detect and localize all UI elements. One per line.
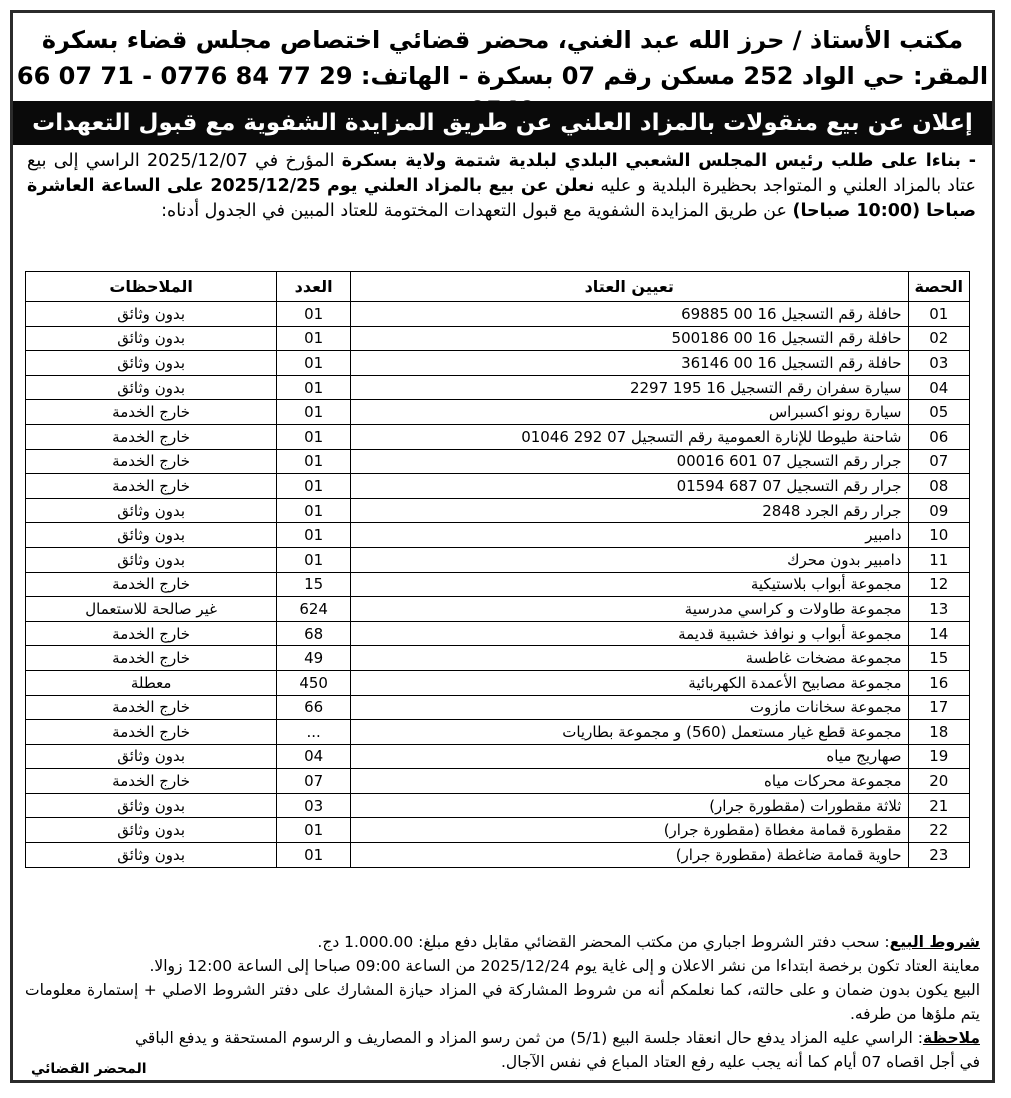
cell-count: 49 <box>277 646 351 671</box>
table-row: 23حاوية قمامة ضاغطة (مقطورة جرار)01بدون … <box>26 843 970 868</box>
table-row: 04سيارة سفران رقم التسجيل 16 195 229701ب… <box>26 375 970 400</box>
table-row: 10دامبير01بدون وثائق <box>26 523 970 548</box>
table-row: 18مجموعة قطع غيار مستعمل (560) و مجموعة … <box>26 720 970 745</box>
cell-notes: خارج الخدمة <box>26 572 277 597</box>
table-row: 09جرار رقم الجرد 284801بدون وثائق <box>26 498 970 523</box>
cell-count: 624 <box>277 597 351 622</box>
cell-description: مجموعة محركات مياه <box>351 769 909 794</box>
table-row: 19صهاريج مياه04بدون وثائق <box>26 744 970 769</box>
intro-request-bold: - بناءا على طلب رئيس المجلس الشعبي البلد… <box>342 151 976 171</box>
cell-lot: 05 <box>908 400 970 425</box>
sale-terms-text: : سحب دفتر الشروط اجباري من مكتب المحضر … <box>317 933 889 951</box>
cell-lot: 18 <box>908 720 970 745</box>
header-lot: الحصة <box>908 272 970 302</box>
cell-lot: 19 <box>908 744 970 769</box>
cell-count: ... <box>277 720 351 745</box>
cell-notes: بدون وثائق <box>26 351 277 376</box>
header-description: تعيين العتاد <box>351 272 909 302</box>
cell-notes: خارج الخدمة <box>26 720 277 745</box>
cell-description: مجموعة مضخات غاطسة <box>351 646 909 671</box>
cell-notes: بدون وثائق <box>26 843 277 868</box>
cell-count: 01 <box>277 326 351 351</box>
cell-lot: 12 <box>908 572 970 597</box>
cell-description: حاوية قمامة ضاغطة (مقطورة جرار) <box>351 843 909 868</box>
cell-count: 15 <box>277 572 351 597</box>
cell-count: 07 <box>277 769 351 794</box>
table-row: 08جرار رقم التسجيل 07 687 0159401خارج ال… <box>26 474 970 499</box>
cell-lot: 10 <box>908 523 970 548</box>
cell-count: 01 <box>277 375 351 400</box>
table-row: 14مجموعة أبواب و نوافذ خشبية قديمة68خارج… <box>26 621 970 646</box>
cell-notes: بدون وثائق <box>26 744 277 769</box>
sale-terms-label: شروط البيع <box>890 933 980 951</box>
cell-lot: 13 <box>908 597 970 622</box>
cell-count: 01 <box>277 523 351 548</box>
cell-count: 01 <box>277 547 351 572</box>
note-text: : الراسي عليه المزاد يدفع حال انعقاد جلس… <box>135 1029 980 1071</box>
table-row: 06شاحنة طيوطا للإنارة العمومية رقم التسج… <box>26 424 970 449</box>
cell-description: مجموعة أبواب بلاستيكية <box>351 572 909 597</box>
cell-lot: 21 <box>908 793 970 818</box>
signature: المحضر القضائي <box>31 1061 147 1077</box>
cell-description: مجموعة مصابيح الأعمدة الكهربائية <box>351 670 909 695</box>
table-row: 02حافلة رقم التسجيل 16 00 50018601بدون و… <box>26 326 970 351</box>
cell-notes: بدون وثائق <box>26 326 277 351</box>
office-title: مكتب الأستاذ / حرز الله عبد الغني، محضر … <box>13 23 992 57</box>
cell-count: 04 <box>277 744 351 769</box>
cell-description: مجموعة سخانات مازوت <box>351 695 909 720</box>
cell-description: حافلة رقم التسجيل 16 00 36146 <box>351 351 909 376</box>
cell-description: جرار رقم التسجيل 07 687 01594 <box>351 474 909 499</box>
announcement-frame: مكتب الأستاذ / حرز الله عبد الغني، محضر … <box>10 10 995 1083</box>
cell-notes: خارج الخدمة <box>26 621 277 646</box>
cell-notes: خارج الخدمة <box>26 424 277 449</box>
terms-section: شروط البيع: سحب دفتر الشروط اجباري من مك… <box>25 930 980 1074</box>
cell-count: 03 <box>277 793 351 818</box>
table-row: 15مجموعة مضخات غاطسة49خارج الخدمة <box>26 646 970 671</box>
cell-count: 450 <box>277 670 351 695</box>
cell-notes: معطلة <box>26 670 277 695</box>
cell-lot: 08 <box>908 474 970 499</box>
cell-lot: 09 <box>908 498 970 523</box>
cell-notes: خارج الخدمة <box>26 400 277 425</box>
cell-count: 66 <box>277 695 351 720</box>
cell-count: 01 <box>277 818 351 843</box>
cell-description: مجموعة قطع غيار مستعمل (560) و مجموعة بط… <box>351 720 909 745</box>
cell-notes: بدون وثائق <box>26 375 277 400</box>
cell-count: 01 <box>277 351 351 376</box>
cell-lot: 06 <box>908 424 970 449</box>
cell-notes: بدون وثائق <box>26 302 277 327</box>
cell-description: حافلة رقم التسجيل 16 00 500186 <box>351 326 909 351</box>
cell-count: 68 <box>277 621 351 646</box>
table-row: 16مجموعة مصابيح الأعمدة الكهربائية450معط… <box>26 670 970 695</box>
cell-lot: 17 <box>908 695 970 720</box>
cell-lot: 15 <box>908 646 970 671</box>
cell-notes: غير صالحة للاستعمال <box>26 597 277 622</box>
cell-lot: 01 <box>908 302 970 327</box>
cell-count: 01 <box>277 302 351 327</box>
announcement-banner: إعلان عن بيع منقولات بالمزاد العلني عن ط… <box>13 101 992 145</box>
cell-lot: 22 <box>908 818 970 843</box>
cell-count: 01 <box>277 449 351 474</box>
cell-description: مقطورة قمامة مغطاة (مقطورة جرار) <box>351 818 909 843</box>
intro-paragraph: - بناءا على طلب رئيس المجلس الشعبي البلد… <box>27 149 976 224</box>
header-notes: الملاحظات <box>26 272 277 302</box>
cell-notes: خارج الخدمة <box>26 695 277 720</box>
cell-lot: 02 <box>908 326 970 351</box>
items-table: الحصة تعيين العتاد العدد الملاحظات 01حاف… <box>25 271 970 868</box>
table-row: 11دامبير بدون محرك01بدون وثائق <box>26 547 970 572</box>
table-row: 12مجموعة أبواب بلاستيكية15خارج الخدمة <box>26 572 970 597</box>
cell-lot: 14 <box>908 621 970 646</box>
cell-notes: خارج الخدمة <box>26 474 277 499</box>
header-count: العدد <box>277 272 351 302</box>
conditions-text: البيع يكون بدون ضمان و على حالته، كما نع… <box>25 978 980 1026</box>
table-row: 03حافلة رقم التسجيل 16 00 3614601بدون وث… <box>26 351 970 376</box>
cell-lot: 04 <box>908 375 970 400</box>
cell-count: 01 <box>277 498 351 523</box>
cell-description: سيارة رونو اكسبراس <box>351 400 909 425</box>
cell-description: مجموعة أبواب و نوافذ خشبية قديمة <box>351 621 909 646</box>
table-row: 07جرار رقم التسجيل 07 601 0001601خارج ال… <box>26 449 970 474</box>
cell-description: شاحنة طيوطا للإنارة العمومية رقم التسجيل… <box>351 424 909 449</box>
cell-notes: خارج الخدمة <box>26 769 277 794</box>
cell-notes: بدون وثائق <box>26 498 277 523</box>
cell-count: 01 <box>277 400 351 425</box>
table-row: 17مجموعة سخانات مازوت66خارج الخدمة <box>26 695 970 720</box>
sale-terms: شروط البيع: سحب دفتر الشروط اجباري من مك… <box>25 930 980 954</box>
cell-description: ثلاثة مقطورات (مقطورة جرار) <box>351 793 909 818</box>
table-row: 13مجموعة طاولات و كراسي مدرسية624غير صال… <box>26 597 970 622</box>
cell-description: حافلة رقم التسجيل 16 00 69885 <box>351 302 909 327</box>
cell-description: جرار رقم الجرد 2848 <box>351 498 909 523</box>
cell-count: 01 <box>277 843 351 868</box>
table-row: 22مقطورة قمامة مغطاة (مقطورة جرار)01بدون… <box>26 818 970 843</box>
table-row: 21ثلاثة مقطورات (مقطورة جرار)03بدون وثائ… <box>26 793 970 818</box>
cell-description: صهاريج مياه <box>351 744 909 769</box>
note: ملاحظة: الراسي عليه المزاد يدفع حال انعق… <box>25 1026 980 1074</box>
table-row: 01حافلة رقم التسجيل 16 00 6988501بدون وث… <box>26 302 970 327</box>
note-label: ملاحظة <box>923 1029 980 1047</box>
cell-lot: 20 <box>908 769 970 794</box>
cell-count: 01 <box>277 424 351 449</box>
cell-lot: 07 <box>908 449 970 474</box>
cell-lot: 11 <box>908 547 970 572</box>
inspection-text: معاينة العتاد تكون برخصة ابتداءا من نشر … <box>25 954 980 978</box>
table-header-row: الحصة تعيين العتاد العدد الملاحظات <box>26 272 970 302</box>
cell-notes: خارج الخدمة <box>26 449 277 474</box>
intro-method-text: عن طريق المزايدة الشفوية مع قبول التعهدا… <box>161 201 792 221</box>
cell-notes: بدون وثائق <box>26 818 277 843</box>
cell-notes: بدون وثائق <box>26 793 277 818</box>
table-row: 20مجموعة محركات مياه07خارج الخدمة <box>26 769 970 794</box>
cell-description: مجموعة طاولات و كراسي مدرسية <box>351 597 909 622</box>
cell-notes: بدون وثائق <box>26 547 277 572</box>
cell-notes: بدون وثائق <box>26 523 277 548</box>
table-row: 05سيارة رونو اكسبراس01خارج الخدمة <box>26 400 970 425</box>
cell-lot: 03 <box>908 351 970 376</box>
cell-count: 01 <box>277 474 351 499</box>
cell-notes: خارج الخدمة <box>26 646 277 671</box>
cell-description: دامبير <box>351 523 909 548</box>
cell-description: دامبير بدون محرك <box>351 547 909 572</box>
cell-lot: 23 <box>908 843 970 868</box>
cell-description: جرار رقم التسجيل 07 601 00016 <box>351 449 909 474</box>
cell-lot: 16 <box>908 670 970 695</box>
cell-description: سيارة سفران رقم التسجيل 16 195 2297 <box>351 375 909 400</box>
